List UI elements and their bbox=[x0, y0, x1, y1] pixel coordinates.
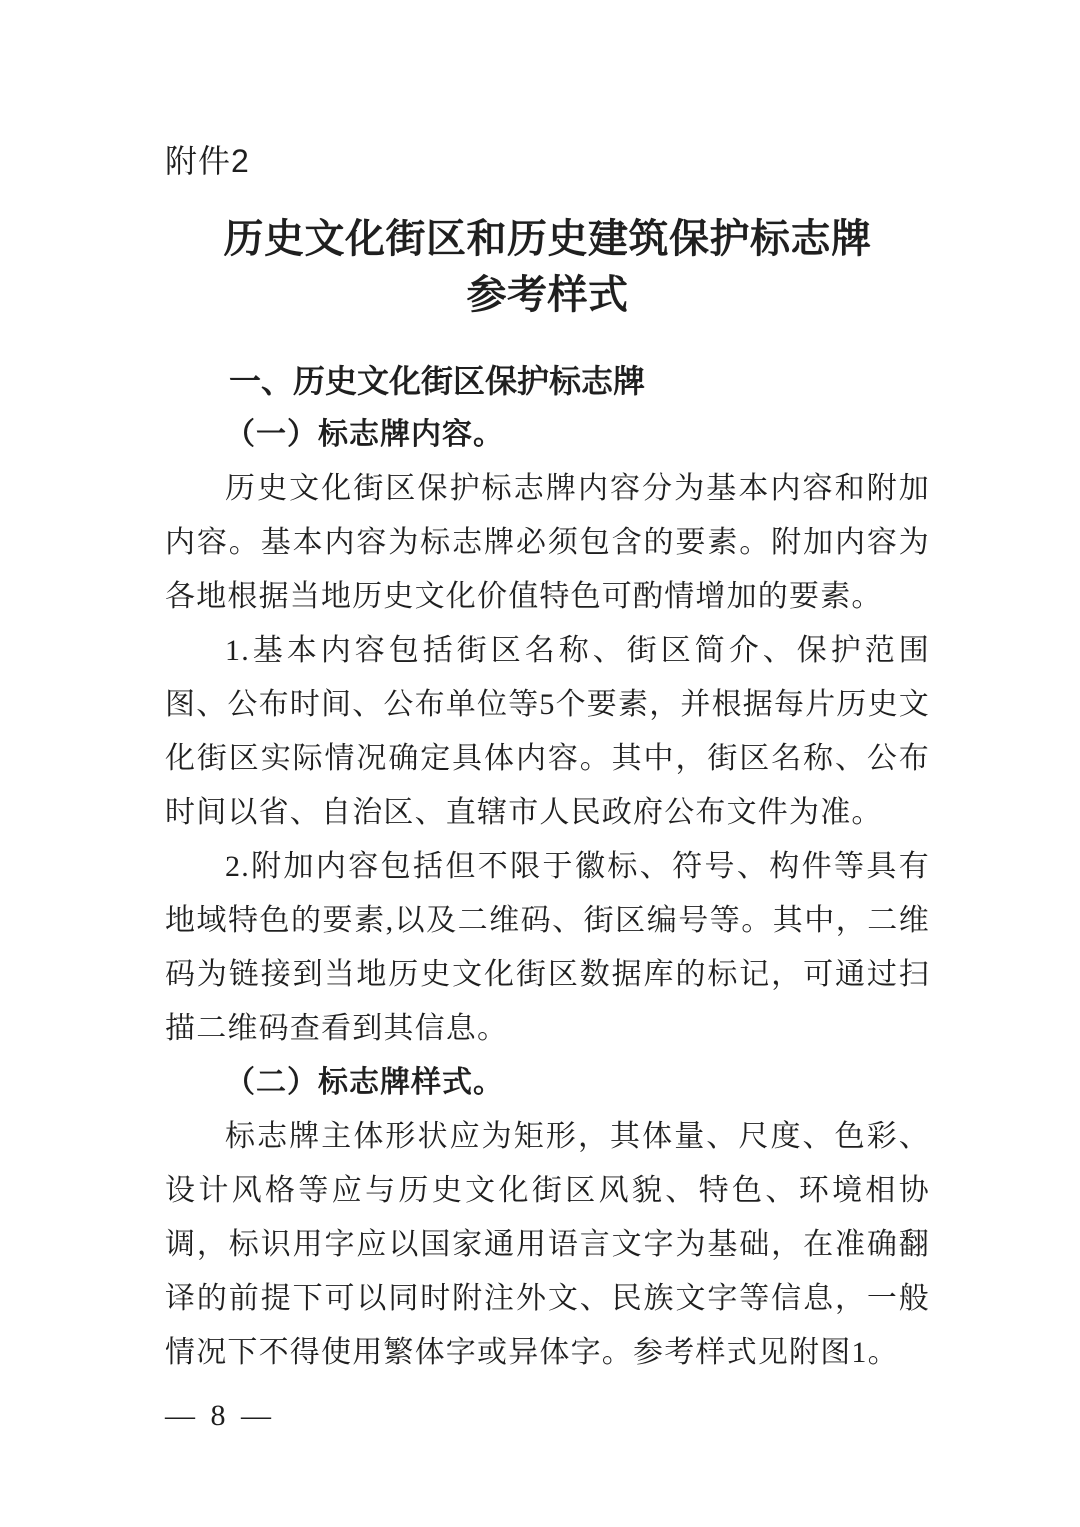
document-title-line2: 参考样式 bbox=[165, 267, 930, 323]
document-body: 一、历史文化街区保护标志牌 （一）标志牌内容。 历史文化街区保护标志牌内容分为基… bbox=[165, 354, 930, 1380]
attachment-label: 附件2 bbox=[165, 138, 930, 184]
paragraph-2-item-1: 1.基本内容包括街区名称、街区简介、保护范围图、公布时间、公布单位等5个要素，并… bbox=[165, 624, 930, 840]
paragraph-1: 历史文化街区保护标志牌内容分为基本内容和附加内容。基本内容为标志牌必须包含的要素… bbox=[165, 462, 930, 624]
document-content: 附件2 历史文化街区和历史建筑保护标志牌 参考样式 一、历史文化街区保护标志牌 … bbox=[165, 0, 930, 1380]
paragraph-3-item-2: 2.附加内容包括但不限于徽标、符号、构件等具有地域特色的要素,以及二维码、街区编… bbox=[165, 840, 930, 1056]
subsection-1-heading: （一）标志牌内容。 bbox=[165, 408, 930, 462]
subsection-2-heading: （二）标志牌样式。 bbox=[165, 1056, 930, 1110]
section-1-heading: 一、历史文化街区保护标志牌 bbox=[165, 354, 930, 408]
document-title-line1: 历史文化街区和历史建筑保护标志牌 bbox=[165, 211, 930, 267]
page-number: — 8 — bbox=[165, 1398, 275, 1434]
document-page: 附件2 历史文化街区和历史建筑保护标志牌 参考样式 一、历史文化街区保护标志牌 … bbox=[0, 0, 1080, 1527]
document-title: 历史文化街区和历史建筑保护标志牌 参考样式 bbox=[165, 211, 930, 323]
paragraph-4: 标志牌主体形状应为矩形，其体量、尺度、色彩、设计风格等应与历史文化街区风貌、特色… bbox=[165, 1110, 930, 1380]
